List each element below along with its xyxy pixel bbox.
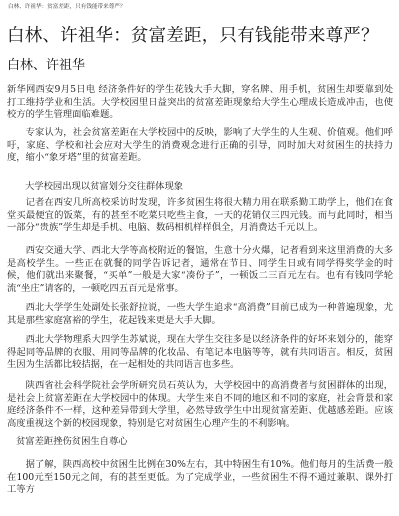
paragraph-statistics: 据了解，陕西高校中贫困生比例在30%左右，其中特困生有10%。他们每月的生活费一…	[7, 459, 393, 497]
paragraph-expert-view: 专家认为，社会贫富差距在大学校园中的反映，影响了大学生的人生观、价值观。他们呼吁…	[7, 127, 393, 165]
paragraph-lead: 新华网西安9月5日电 经济条件好的学生花钱大手大脚，穿名牌、用手机，贫困生却要靠…	[7, 84, 393, 122]
paragraph-zhang-shula: 西北大学学生处副处长张舒拉说，一些大学生追求“高消费”目前已成为一种普遍现象，尤…	[7, 302, 393, 327]
document-page: 白林、许祖华：贫富差距，只有钱能带来尊严？ 白林、许祖华：贫富差距，只有钱能带来…	[0, 0, 399, 516]
article-author: 白林、许祖华	[7, 57, 85, 74]
paragraph-shi-ying: 陕西省社会科学院社会学所研究员石英认为，大学校园中的高消费者与贫困群体的出现，是…	[7, 380, 393, 430]
subheading-social-groups: 大学校园出现以贫富划分交往群体现象	[25, 181, 183, 194]
paragraph-reporter-findings: 记者在西安几所高校采访时发现，许多贫困生将很大精力用在联系勤工助学上，他们在食堂…	[7, 197, 393, 235]
article-title: 白林、许祖华：贫富差距，只有钱能带来尊严？	[7, 25, 379, 47]
paragraph-su-bin: 西北大学物理系大四学生苏斌说，现在大学生交往多是以经济条件的好坏来划分的，能穿得…	[7, 334, 393, 372]
paragraph-restaurants: 西安交通大学、西北大学等高校附近的餐馆，生意十分火爆，记者看到来这里消费的大多是…	[7, 245, 393, 295]
subheading-self-esteem: 贫富差距挫伤贫困生自尊心	[16, 436, 128, 449]
running-header: 白林、许祖华：贫富差距，只有钱能带来尊严？	[8, 3, 125, 11]
